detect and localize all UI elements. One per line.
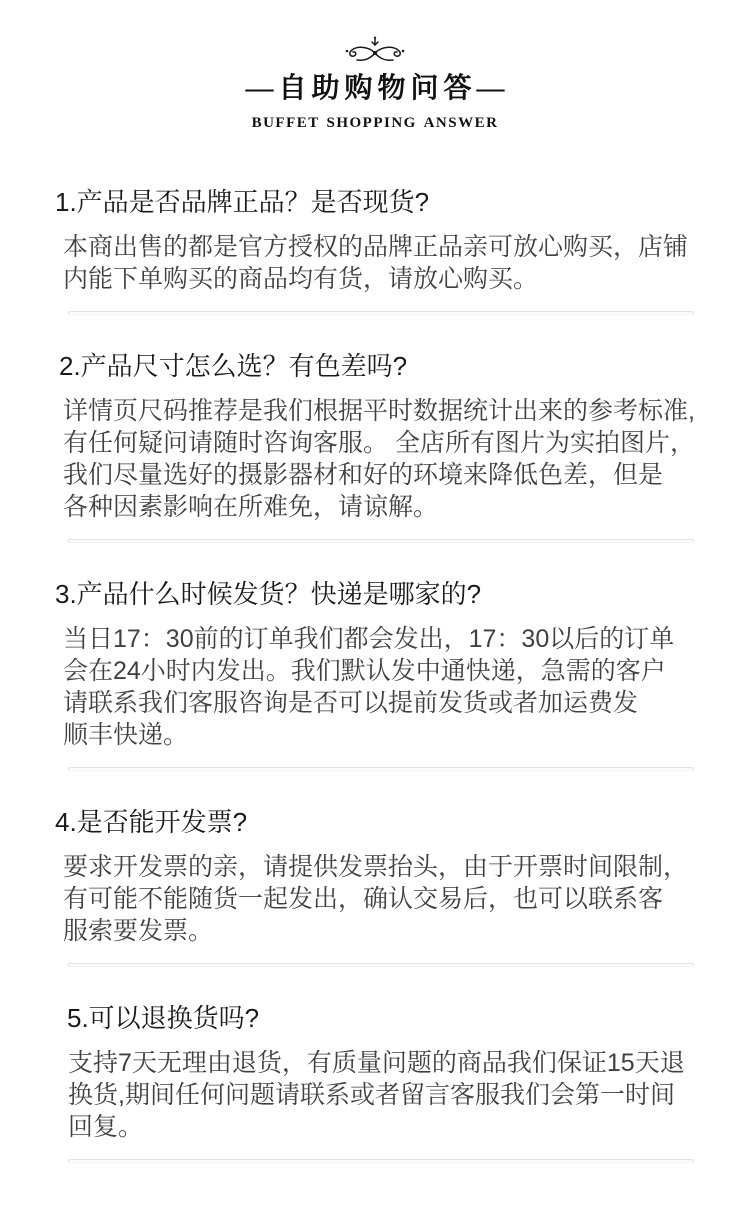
faq-list: 1.产品是否品牌正品？是否现货? 本商出售的都是官方授权的品牌正品亲可放心购买，… (0, 187, 750, 1163)
page-header: —自助购物问答— Buffet Shopping Answer (0, 0, 750, 131)
section-divider (68, 311, 694, 315)
faq-question: 2.产品尺寸怎么选？有色差吗? (59, 351, 750, 381)
faq-answer: 详情页尺码推荐是我们根据平时数据统计出来的参考标准, 有任何疑问请随时咨询客服。… (63, 395, 705, 523)
faq-question: 4.是否能开发票? (55, 807, 750, 837)
page-title: —自助购物问答— (0, 72, 750, 106)
faq-page: —自助购物问答— Buffet Shopping Answer 1.产品是否品牌… (0, 0, 750, 1220)
flourish-ornament-icon (341, 36, 409, 66)
faq-question: 3.产品什么时候发货？快递是哪家的? (55, 579, 750, 609)
section-divider (68, 767, 694, 771)
faq-answer: 本商出售的都是官方授权的品牌正品亲可放心购买，店铺 内能下单购买的商品均有货，请… (63, 231, 705, 295)
section-divider (68, 539, 694, 543)
faq-question: 1.产品是否品牌正品？是否现货? (55, 187, 750, 217)
faq-answer: 当日17：30前的订单我们都会发出，17：30以后的订单 会在24小时内发出。我… (63, 623, 705, 751)
faq-item-5: 5.可以退换货吗? 支持7天无理由退货，有质量问题的商品我们保证15天退 换货,… (0, 1003, 750, 1163)
faq-item-3: 3.产品什么时候发货？快递是哪家的? 当日17：30前的订单我们都会发出，17：… (0, 579, 750, 771)
section-divider (68, 963, 694, 967)
page-subtitle: Buffet Shopping Answer (0, 109, 750, 131)
faq-answer: 要求开发票的亲，请提供发票抬头，由于开票时间限制， 有可能不能随货一起发出，确认… (63, 851, 705, 947)
faq-answer: 支持7天无理由退货，有质量问题的商品我们保证15天退 换货,期间任何问题请联系或… (68, 1047, 710, 1143)
section-divider (68, 1159, 694, 1163)
faq-question: 5.可以退换货吗? (67, 1003, 750, 1033)
faq-item-2: 2.产品尺寸怎么选？有色差吗? 详情页尺码推荐是我们根据平时数据统计出来的参考标… (0, 351, 750, 543)
faq-item-1: 1.产品是否品牌正品？是否现货? 本商出售的都是官方授权的品牌正品亲可放心购买，… (0, 187, 750, 315)
faq-item-4: 4.是否能开发票? 要求开发票的亲，请提供发票抬头，由于开票时间限制， 有可能不… (0, 807, 750, 967)
